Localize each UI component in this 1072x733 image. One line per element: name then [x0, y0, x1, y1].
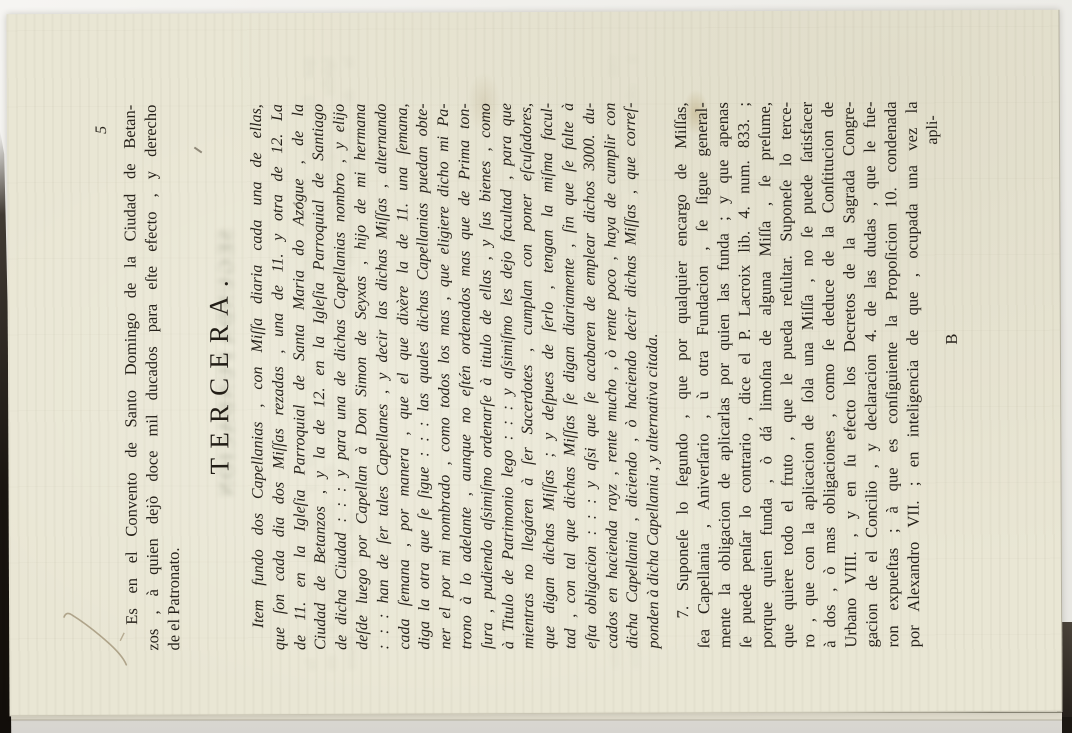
text-line: deſde luego por Capellan à Don Simon de … — [351, 104, 374, 650]
text-line: 7. Suponeſe lo ſegundo , que por qualqui… — [670, 102, 693, 648]
text-line: Es en el Convento de Santo Domingo de la… — [119, 105, 142, 651]
book-page: SEGUNDA FUNDACION que ſon cada dia dos M… — [6, 10, 1062, 717]
text-line: dicha Capellania , diciendo , ò haciendo… — [621, 103, 644, 649]
text-block: Es en el Convento de Santo Domingo de la… — [119, 101, 963, 651]
text-line: Urbano VIII. , y en ſu efecto los Decret… — [838, 102, 861, 648]
scan-photo: SEGUNDA FUNDACION que ſon cada dia dos M… — [0, 0, 1072, 733]
text-line: eſta obligacion : : : y aſsi que ſe acab… — [580, 103, 603, 649]
text-line: diga la otra que ſe ſigue : : : las qual… — [413, 103, 436, 649]
text-line: ro , que con la aplicacion de ſola una M… — [796, 102, 819, 648]
text-line: que ſon cada dia dos Miſſas rezadas , un… — [268, 104, 291, 650]
text-line: de el Patronato. — [161, 105, 184, 651]
text-line: por Alexandro VII. ; en inteligencia de … — [901, 101, 924, 647]
fundacion-clause-paragraph: Item fundo dos Capellanias , con Miſſa d… — [247, 102, 665, 650]
intro-paragraph: Es en el Convento de Santo Domingo de la… — [119, 105, 184, 651]
text-line: ner el por mi nombrado , como todos los … — [434, 103, 457, 649]
text-line: trono à lo adelante , aunque no eſtén or… — [455, 103, 478, 649]
text-line: de dicha Ciudad : : : y para una de dich… — [330, 104, 353, 650]
text-line: ponden à dicha Capellania , y alternativ… — [642, 102, 665, 648]
page-number: 5 — [93, 126, 111, 134]
signature-mark: B — [941, 101, 963, 647]
text-line: cada ſemana , por manera , que el que di… — [392, 104, 415, 650]
text-line: tad , con tal que dichas Miſſas ſe digan… — [559, 103, 582, 649]
text-line: cados en hacienda rayz , rente mucho , ò… — [600, 103, 623, 649]
text-line: à Titulo de Patrimonio lego : : : y aſsi… — [496, 103, 519, 649]
text-line: zos , à quien dejò doce mil ducados para… — [140, 105, 163, 651]
text-line: mientras no llegáren à ſer Sacerdotes , … — [517, 103, 540, 649]
text-line: : : : han de ſer tales Capellanes , y de… — [372, 104, 395, 650]
text-line: de 11. en la Igleſia Parroquial de Santa… — [288, 104, 311, 650]
book-leaf-wrapper: SEGUNDA FUNDACION que ſon cada dia dos M… — [6, 11, 1061, 717]
text-line: ron expueſtas ; à que es conſiguiente la… — [880, 101, 903, 647]
text-line: Ciudad de Betanzos , y la de 12. en la I… — [309, 104, 332, 650]
section-heading: TERCERA. — [203, 104, 236, 650]
text-line: ſea Capellania , Aniverſario , ù otra Fu… — [691, 102, 714, 648]
text-line: mente la obligacion de aplicarlas por qu… — [712, 102, 735, 648]
text-line: ſura , pudiendo aſsimiſmo ordenarſe à ti… — [476, 103, 499, 649]
text-line: à dos , ò mas obligaciones , como ſe ded… — [817, 102, 840, 648]
text-line: porque quien funda , ò dá limoſna de alg… — [754, 102, 777, 648]
text-line: que quiere todo el fruto , que le pueda … — [775, 102, 798, 648]
text-line: Item fundo dos Capellanias , con Miſſa d… — [247, 104, 270, 650]
text-line: gacion de el Concilio , y declaracion 4.… — [859, 101, 882, 647]
text-line: ſe puede penſar lo contrario , dice el P… — [733, 102, 756, 648]
commentary-paragraph: 7. Suponeſe lo ſegundo , que por qualqui… — [670, 101, 924, 648]
text-line: que digan dichas Miſſas ; y deſpues de ſ… — [538, 103, 561, 649]
